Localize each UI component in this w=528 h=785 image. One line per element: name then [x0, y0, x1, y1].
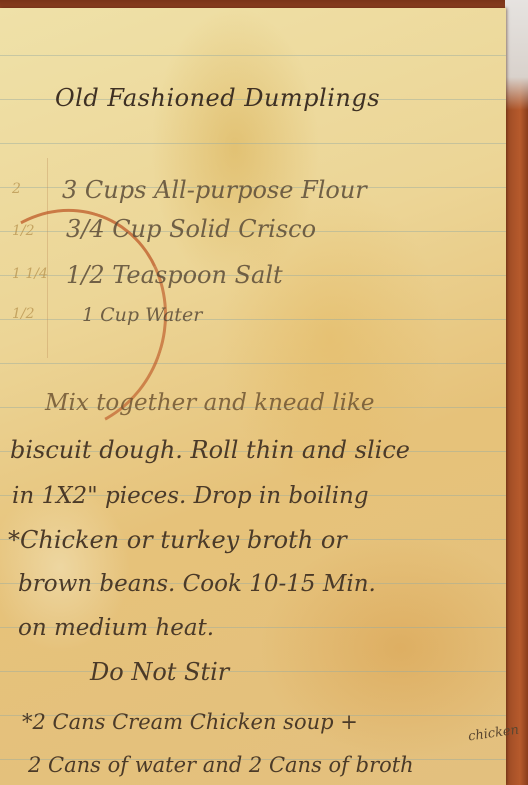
instruction-line: brown beans. Cook 10-15 Min. [18, 571, 376, 597]
ingredient-line: 1 Cup Water [82, 304, 202, 326]
ingredient-line: 3 Cups All-purpose Flour [62, 176, 367, 204]
margin-number: 1/2 [12, 306, 35, 322]
instruction-line: on medium heat. [18, 615, 214, 641]
instruction-line: 2 Cans of water and 2 Cans of broth [28, 753, 414, 777]
margin-number: 1/2 [12, 223, 35, 239]
instruction-line: *Chicken or turkey broth or [8, 526, 347, 554]
margin-number: 2 [12, 181, 21, 197]
instruction-line: *2 Cans Cream Chicken soup + [22, 710, 358, 734]
ingredient-line: 3/4 Cup Solid Crisco [66, 215, 316, 243]
instruction-line: Mix together and knead like [45, 390, 375, 416]
recipe-title: Old Fashioned Dumplings [55, 84, 380, 112]
margin-number: 1 1/4 [12, 266, 48, 282]
instruction-line: biscuit dough. Roll thin and slice [10, 436, 410, 464]
do-not-stir-note: Do Not Stir [90, 658, 229, 686]
recipe-card: Old Fashioned Dumplings 2 1/2 1 1/4 1/2 … [0, 8, 506, 785]
white-cloth [505, 0, 528, 110]
instruction-line: in 1X2" pieces. Drop in boiling [12, 483, 369, 509]
ingredient-line: 1/2 Teaspoon Salt [66, 261, 283, 289]
